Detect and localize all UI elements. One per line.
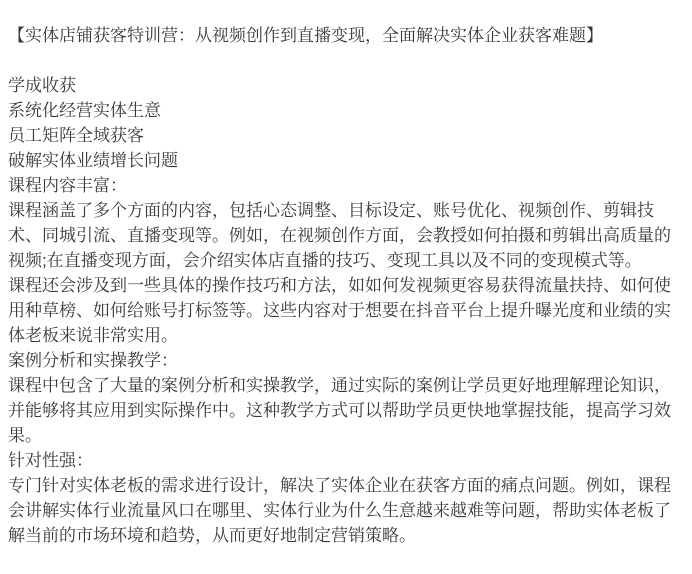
paragraph-course-content: 课程涵盖了多个方面的内容，包括心态调整、目标设定、账号优化、视频创作、剪辑技术、… bbox=[8, 198, 686, 273]
benefit-heading: 学成收获 bbox=[8, 73, 686, 98]
section-heading-case-study: 案例分析和实操教学： bbox=[8, 348, 686, 373]
benefit-item: 破解实体业绩增长问题 bbox=[8, 148, 686, 173]
benefit-item: 员工矩阵全域获客 bbox=[8, 123, 686, 148]
paragraph-targeted: 专门针对实体老板的需求进行设计，解决了实体企业在获客方面的痛点问题。例如，课程会… bbox=[8, 473, 686, 548]
course-description-document: 【实体店铺获客特训营：从视频创作到直播变现，全面解决实体企业获客难题】 学成收获… bbox=[0, 0, 692, 574]
section-heading-course-content: 课程内容丰富： bbox=[8, 173, 686, 198]
paragraph-operation-tips: 课程还会涉及到一些具体的操作技巧和方法，如如何发视频更容易获得流量扶持、如何使用… bbox=[8, 273, 686, 348]
section-heading-targeted: 针对性强： bbox=[8, 448, 686, 473]
benefit-item: 系统化经营实体生意 bbox=[8, 98, 686, 123]
page-title: 【实体店铺获客特训营：从视频创作到直播变现，全面解决实体企业获客难题】 bbox=[8, 23, 686, 48]
paragraph-case-study: 课程中包含了大量的案例分析和实操教学，通过实际的案例让学员更好地理解理论知识，并… bbox=[8, 373, 686, 448]
